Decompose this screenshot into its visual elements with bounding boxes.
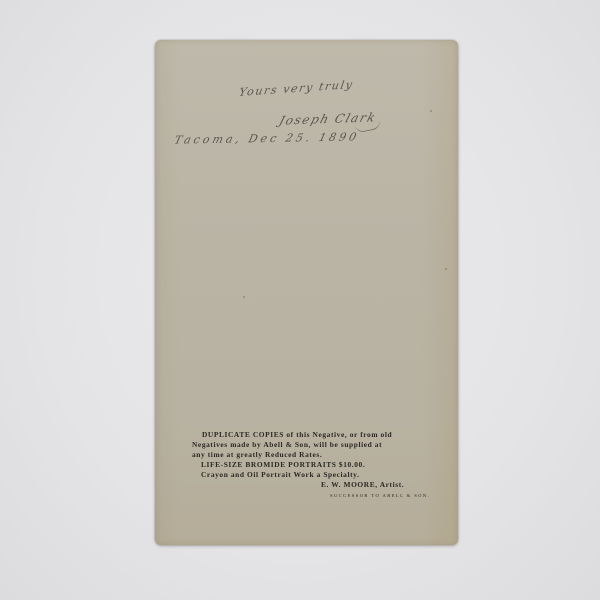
foxing-spot xyxy=(445,268,447,270)
imprint-line-artist: E. W. MOORE, Artist. xyxy=(321,480,404,491)
imprint-line-duplicate-copies: DUPLICATE COPIES of this Negative, or fr… xyxy=(202,430,392,441)
foxing-spot xyxy=(430,110,432,112)
foxing-spot xyxy=(243,296,245,298)
imprint-line-bromide-portraits: LIFE-SIZE BROMIDE PORTRAITS $10.00. xyxy=(201,460,365,471)
imprint-line-negatives: Negatives made by Abell & Son, will be s… xyxy=(192,440,382,451)
cabinet-card: Yours very truly Joseph Clark Tacoma, De… xyxy=(155,40,458,545)
imprint-line-reduced-rates: any time at greatly Reduced Rates. xyxy=(192,450,322,461)
handwritten-closing: Yours very truly xyxy=(238,78,355,99)
imprint-line-crayon-oil: Crayon and Oil Portrait Work a Specialty… xyxy=(201,470,360,481)
imprint-line-successor: SUCCESSOR TO ABELL & SON. xyxy=(330,491,430,502)
handwritten-place-date: Tacoma, Dec 25. 1890 xyxy=(173,130,361,146)
